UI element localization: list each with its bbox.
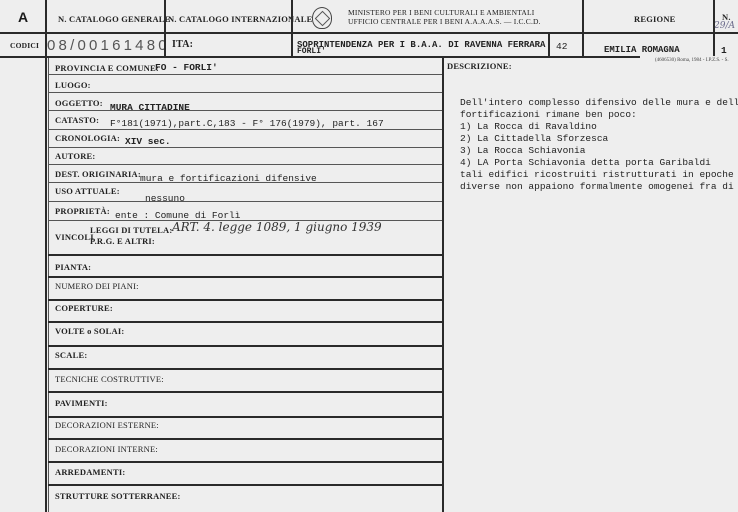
uso-attuale-value: nessuno (145, 193, 185, 204)
divider (291, 0, 293, 56)
catasto-label: CATASTO: (55, 115, 99, 125)
numero-piani-label: NUMERO DEI PIANI: (55, 281, 139, 291)
descrizione-label: DESCRIZIONE: (447, 61, 512, 71)
catalogo-generale-label: N. CATALOGO GENERALE (58, 14, 171, 24)
divider (48, 254, 442, 256)
coperture-label: COPERTURE: (55, 303, 113, 313)
divider (48, 92, 442, 93)
descrizione-line: 3) La Rocca Schiavonia (460, 145, 585, 156)
descrizione-line: diverse non appaiono formalmente omogene… (460, 181, 738, 192)
decorazioni-esterne-label: DECORAZIONI ESTERNE: (55, 420, 159, 430)
divider (164, 0, 166, 56)
divider (48, 299, 442, 301)
soprintendenza-code: 42 (556, 41, 567, 52)
oggetto-label: OGGETTO: (55, 98, 103, 108)
luogo-label: LUOGO: (55, 80, 91, 90)
prg-label: P.R.G. E ALTRI: (90, 236, 155, 246)
divider (48, 201, 442, 202)
n-handwritten: 29/A (714, 21, 735, 31)
oggetto-value: MURA CITTADINE (110, 102, 190, 113)
vincoli-label: VINCOLI (55, 232, 94, 242)
divider (48, 182, 442, 183)
descrizione-line: 1) La Rocca di Ravaldino (460, 121, 597, 132)
divider (48, 110, 442, 111)
proprieta-label: PROPRIETÀ: (55, 206, 110, 216)
leggi-tutela-label: LEGGI DI TUTELA: (90, 225, 172, 235)
arredamenti-label: ARREDAMENTI: (55, 467, 125, 477)
divider (48, 368, 442, 370)
uso-attuale-label: USO ATTUALE: (55, 186, 120, 196)
pianta-label: PIANTA: (55, 262, 91, 272)
codici-label: CODICI (10, 41, 39, 50)
ministry-line-2: UFFICIO CENTRALE PER I BENI A.A.A.A.S. —… (348, 17, 541, 26)
descrizione-line: 4) LA Porta Schiavonia detta porta Garib… (460, 157, 711, 168)
divider (48, 129, 442, 130)
divider (48, 321, 442, 323)
divider (48, 147, 442, 148)
cronologia-value: XIV sec. (125, 136, 171, 147)
divider (48, 276, 442, 278)
divider (48, 58, 49, 512)
cronologia-label: CRONOLOGIA: (55, 133, 120, 143)
catalogo-generale-value: 08/00161480 (47, 37, 170, 54)
tecniche-costruttive-label: TECNICHE COSTRUTTIVE: (55, 374, 164, 384)
section-letter: A (18, 9, 28, 25)
leggi-tutela-value: ART. 4. legge 1089, 1 giugno 1939 (172, 220, 382, 234)
italian-republic-emblem-icon (312, 7, 332, 29)
descrizione-line: Dell'intero complesso difensivo delle mu… (460, 97, 738, 108)
divider (48, 345, 442, 347)
volte-solai-label: VOLTE o SOLAI: (55, 326, 124, 336)
divider (48, 164, 442, 165)
provincia-label: PROVINCIA E COMUNE: (55, 63, 159, 73)
divider (0, 56, 640, 58)
divider (548, 33, 550, 56)
scale-label: SCALE: (55, 350, 87, 360)
ministry-line-1: MINISTERO PER I BENI CULTURALI E AMBIENT… (348, 8, 534, 17)
divider (48, 438, 442, 440)
divider (48, 391, 442, 393)
descrizione-line: 2) La Cittadella Sforzesca (460, 133, 608, 144)
descrizione-line: tali edifici ricostruiti ristrutturati i… (460, 169, 734, 180)
soprintendenza-line-2: FORLI' (297, 47, 326, 56)
divider (48, 416, 442, 418)
regione-value: EMILIA ROMAGNA (604, 45, 680, 55)
provincia-value: FO - FORLI' (155, 62, 218, 73)
decorazioni-interne-label: DECORAZIONI INTERNE: (55, 444, 158, 454)
catalog-card: A N. CATALOGO GENERALE N. CATALOGO INTER… (0, 0, 738, 512)
descrizione-line: fortificazioni rimane ben poco: (460, 109, 637, 120)
divider (713, 0, 715, 56)
divider (442, 58, 444, 512)
divider (48, 484, 442, 486)
print-note: (4606530) Roma, 1984 - I.P.Z.S. - S. (655, 58, 729, 63)
dest-originaria-label: DEST. ORIGINARIA: (55, 169, 141, 179)
strutture-sotterranee-label: STRUTTURE SOTTERRANEE: (55, 491, 181, 501)
divider (0, 32, 738, 34)
regione-label: REGIONE (634, 14, 676, 24)
soprintendenza-line-1: SOPRINTENDENZA PER I B.A.A. DI RAVENNA F… (297, 40, 545, 50)
divider (45, 0, 47, 512)
divider (48, 74, 442, 75)
divider (582, 0, 584, 56)
divider (48, 461, 442, 463)
autore-label: AUTORE: (55, 151, 95, 161)
ita-label: ITA: (172, 39, 193, 50)
catasto-value: F°181(1971),part.C,183 - F° 176(1979), p… (110, 118, 384, 129)
pavimenti-label: PAVIMENTI: (55, 398, 108, 408)
n-value: 1 (721, 45, 727, 56)
